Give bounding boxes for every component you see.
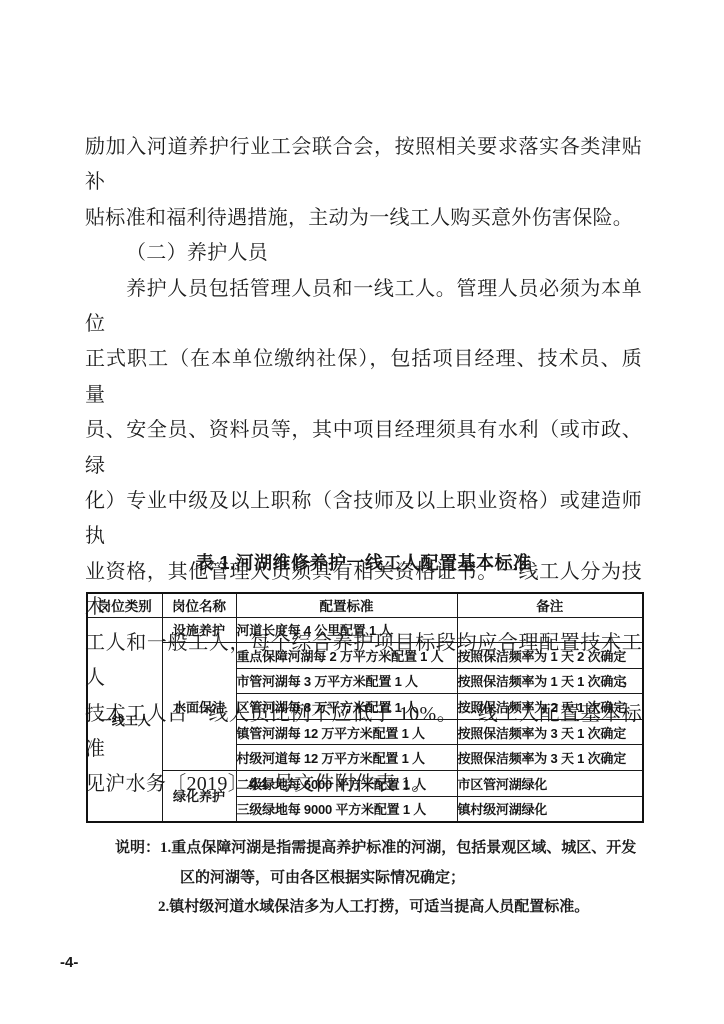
cell-group: 水面保洁	[162, 643, 236, 771]
cell-remark: 市区管河湖绿化	[457, 771, 643, 797]
cell-category: 一线工人	[87, 617, 162, 822]
header-remark: 备注	[457, 593, 643, 617]
cell-standard: 二级绿地每 6000 平方米配置 1 人	[236, 771, 457, 797]
cell-group: 绿化养护	[162, 771, 236, 822]
table-title: 表 1.河湖维修养护一线工人配置基本标准	[85, 549, 642, 575]
body-line: 员、安全员、资料员等，其中项目经理须具有水利（或市政、绿	[85, 413, 642, 484]
header-name: 岗位名称	[162, 593, 236, 617]
document-page: 励加入河道养护行业工会联合会，按照相关要求落实各类津贴补 贴标准和福利待遇措施，…	[0, 0, 724, 1024]
table-row: 绿化养护 二级绿地每 6000 平方米配置 1 人 市区管河湖绿化	[87, 771, 643, 797]
note-line: 说明：1.重点保障河湖是指需提高养护标准的河湖，包括景观区域、城区、开发	[115, 834, 649, 864]
table-row: 一线工人 设施养护 河道长度每 4 公里配置 1 人	[87, 617, 643, 643]
cell-remark	[457, 617, 643, 643]
page-number: -4-	[60, 954, 78, 971]
cell-remark: 按照保洁频率为 1 天 2 次确定	[457, 643, 643, 669]
cell-remark: 镇村级河湖绿化	[457, 796, 643, 822]
section-heading: （二）养护人员	[85, 236, 642, 271]
table-row: 水面保洁 重点保障河湖每 2 万平方米配置 1 人 按照保洁频率为 1 天 2 …	[87, 643, 643, 669]
body-line: 励加入河道养护行业工会联合会，按照相关要求落实各类津贴补	[85, 130, 642, 201]
header-standard: 配置标准	[236, 593, 457, 617]
cell-remark: 按照保洁频率为 1 天 1 次确定	[457, 668, 643, 694]
cell-group: 设施养护	[162, 617, 236, 643]
cell-standard: 村级河道每 12 万平方米配置 1 人	[236, 745, 457, 771]
cell-standard: 三级绿地每 9000 平方米配置 1 人	[236, 796, 457, 822]
body-line: 养护人员包括管理人员和一线工人。管理人员必须为本单位	[85, 272, 642, 343]
body-line: 正式职工（在本单位缴纳社保），包括项目经理、技术员、质量	[85, 342, 642, 413]
cell-remark: 按照保洁频率为 2 天 1 次确定	[457, 694, 643, 720]
cell-standard: 重点保障河湖每 2 万平方米配置 1 人	[236, 643, 457, 669]
table-header-row: 岗位类别 岗位名称 配置标准 备注	[87, 593, 643, 617]
cell-remark: 按照保洁频率为 3 天 1 次确定	[457, 745, 643, 771]
cell-remark: 按照保洁频率为 3 天 1 次确定	[457, 719, 643, 745]
cell-standard: 区管河湖每 8 万平方米配置 1 人	[236, 694, 457, 720]
note-line: 区的河湖等，可由各区根据实际情况确定；	[115, 864, 649, 894]
header-category: 岗位类别	[87, 593, 162, 617]
body-line: 贴标准和福利待遇措施，主动为一线工人购买意外伤害保险。	[85, 201, 642, 236]
table-notes: 说明：1.重点保障河湖是指需提高养护标准的河湖，包括景观区域、城区、开发 区的河…	[115, 834, 649, 923]
body-line: 化）专业中级及以上职称（含技师及以上职业资格）或建造师执	[85, 484, 642, 555]
cell-standard: 市管河湖每 3 万平方米配置 1 人	[236, 668, 457, 694]
note-line: 2.镇村级河道水域保洁多为人工打捞，可适当提高人员配置标准。	[115, 893, 649, 923]
cell-standard: 镇管河湖每 12 万平方米配置 1 人	[236, 719, 457, 745]
standards-table: 岗位类别 岗位名称 配置标准 备注 一线工人 设施养护 河道长度每 4 公里配置…	[86, 592, 644, 823]
cell-standard: 河道长度每 4 公里配置 1 人	[236, 617, 457, 643]
